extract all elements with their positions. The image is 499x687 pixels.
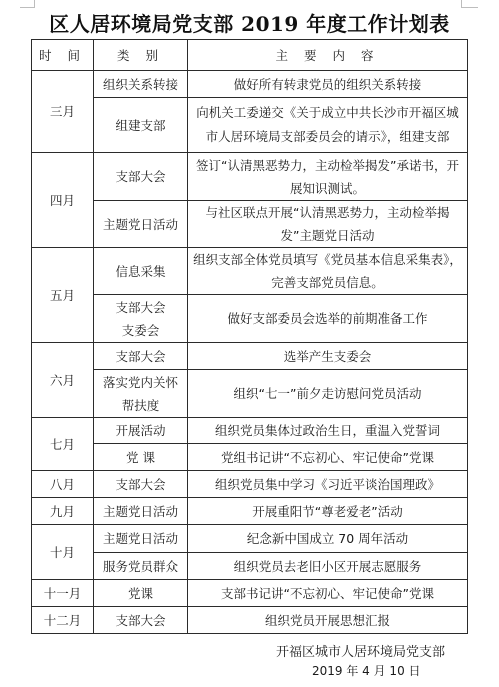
category-cell: 主题党日活动 (94, 201, 188, 248)
table-row: 九月 主题党日活动 开展重阳节“尊老爱老”活动 (32, 498, 468, 525)
table-row: 八月 支部大会 组织党员集中学习《习近平谈治国理政》 (32, 471, 468, 498)
month-cell: 三月 (32, 71, 94, 153)
table-header-row: 时 间 类 别 主 要 内 容 (32, 40, 468, 71)
month-cell: 十一月 (32, 580, 94, 607)
category-cell: 落实党内关怀帮扶度 (94, 370, 188, 418)
table-row: 组建支部 向机关工委递交《关于成立中共长沙市开福区城市人居环境局支部委员会的请示… (32, 98, 468, 153)
header-content: 主 要 内 容 (188, 40, 468, 71)
category-cell: 支部大会 支委会 (94, 295, 188, 343)
month-cell: 七月 (32, 418, 94, 471)
month-cell: 十月 (32, 525, 94, 580)
table-row: 七月 开展活动 组织党员集体过政治生日，重温入党誓词 (32, 418, 468, 444)
table-row: 服务党员群众 组织党员去老旧小区开展志愿服务 (32, 553, 468, 580)
header-category: 类 别 (94, 40, 188, 71)
month-cell: 四月 (32, 153, 94, 248)
content-cell: 党组书记讲“不忘初心、牢记使命”党课 (188, 444, 468, 471)
footer-organization: 开福区城市人居环境局党支部 (276, 641, 445, 660)
content-cell: 做好支部委员会选举的前期准备工作 (188, 295, 468, 343)
category-cell: 支部大会 (94, 471, 188, 498)
category-cell: 党 课 (94, 444, 188, 471)
month-cell: 十二月 (32, 607, 94, 634)
table-row: 三月 组织关系转接 做好所有转隶党员的组织关系转接 (32, 71, 468, 98)
content-cell: 支部书记讲“不忘初心、牢记使命”党课 (188, 580, 468, 607)
category-cell: 信息采集 (94, 248, 188, 295)
footer-date: 2019 年 4 月 10 日 (312, 662, 421, 679)
work-plan-table: 时 间 类 别 主 要 内 容 三月 组织关系转接 做好所有转隶党员的组织关系转… (31, 39, 468, 634)
month-cell: 九月 (32, 498, 94, 525)
month-cell: 五月 (32, 248, 94, 343)
content-cell: 组织党员去老旧小区开展志愿服务 (188, 553, 468, 580)
content-cell: 组织党员集中学习《习近平谈治国理政》 (188, 471, 468, 498)
category-cell: 支部大会 (94, 343, 188, 370)
content-cell: 组织“七一”前夕走访慰问党员活动 (188, 370, 468, 418)
category-cell: 党课 (94, 580, 188, 607)
category-cell: 支部大会 (94, 607, 188, 634)
table-row: 四月 支部大会 签订“认清黑恶势力，主动检举揭发”承诺书，开展知识测试。 (32, 153, 468, 201)
content-cell: 组织党员开展思想汇报 (188, 607, 468, 634)
table-row: 十二月 支部大会 组织党员开展思想汇报 (32, 607, 468, 634)
header-time: 时 间 (32, 40, 94, 71)
month-cell: 八月 (32, 471, 94, 498)
document-title: 区人居环境局党支部 2019 年度工作计划表 (0, 8, 499, 37)
category-cell: 服务党员群众 (94, 553, 188, 580)
content-cell: 组织党员集体过政治生日，重温入党誓词 (188, 418, 468, 444)
category-cell: 组织关系转接 (94, 71, 188, 98)
category-cell: 开展活动 (94, 418, 188, 444)
table-row: 党 课 党组书记讲“不忘初心、牢记使命”党课 (32, 444, 468, 471)
content-cell: 组织支部全体党员填写《党员基本信息采集表》，完善支部党员信息。 (188, 248, 468, 295)
category-cell: 支部大会 (94, 153, 188, 201)
table-row: 支部大会 支委会 做好支部委员会选举的前期准备工作 (32, 295, 468, 343)
content-cell: 选举产生支委会 (188, 343, 468, 370)
table-row: 十月 主题党日活动 纪念新中国成立 70 周年活动 (32, 525, 468, 553)
table-row: 五月 信息采集 组织支部全体党员填写《党员基本信息采集表》，完善支部党员信息。 (32, 248, 468, 295)
crop-mark-top-right (461, 0, 478, 8)
category-cell: 主题党日活动 (94, 498, 188, 525)
category-cell: 组建支部 (94, 98, 188, 153)
table-row: 十一月 党课 支部书记讲“不忘初心、牢记使命”党课 (32, 580, 468, 607)
table-row: 主题党日活动 与社区联点开展“认清黑恶势力，主动检举揭发”主题党日活动 (32, 201, 468, 248)
month-cell: 六月 (32, 343, 94, 418)
table-row: 六月 支部大会 选举产生支委会 (32, 343, 468, 370)
content-cell: 开展重阳节“尊老爱老”活动 (188, 498, 468, 525)
category-cell: 主题党日活动 (94, 525, 188, 553)
content-cell: 纪念新中国成立 70 周年活动 (188, 525, 468, 553)
content-cell: 做好所有转隶党员的组织关系转接 (188, 71, 468, 98)
content-cell: 签订“认清黑恶势力，主动检举揭发”承诺书，开展知识测试。 (188, 153, 468, 201)
table-row: 落实党内关怀帮扶度 组织“七一”前夕走访慰问党员活动 (32, 370, 468, 418)
content-cell: 向机关工委递交《关于成立中共长沙市开福区城市人居环境局支部委员会的请示》，组建支… (188, 98, 468, 153)
crop-mark-top-left (20, 0, 35, 8)
content-cell: 与社区联点开展“认清黑恶势力，主动检举揭发”主题党日活动 (188, 201, 468, 248)
